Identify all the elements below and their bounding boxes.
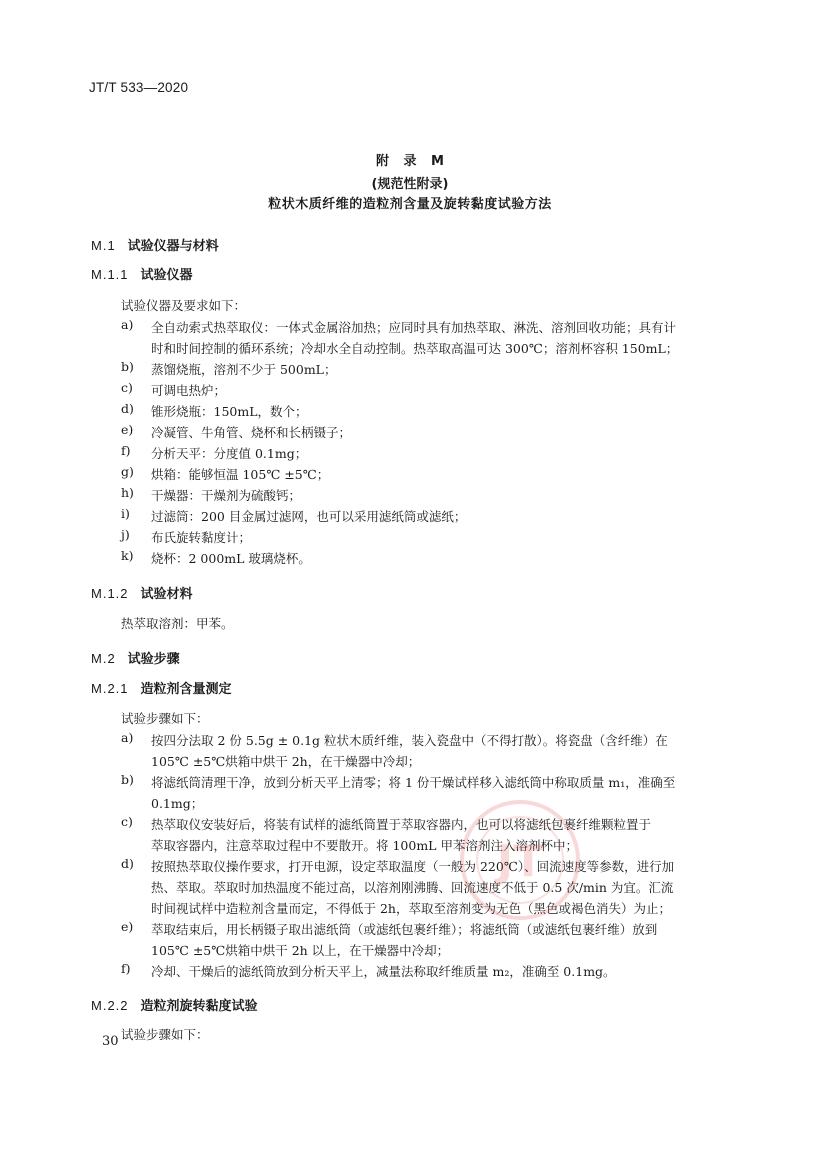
- list-text: 热萃取仪安装好后，将装有试样的滤纸筒置于萃取容器内，也可以将滤纸包裹纤维颗粒置于: [151, 814, 741, 835]
- section-title: 试验步骤: [128, 652, 180, 667]
- list-text: 冷却、干燥后的滤纸筒放到分析天平上，减量法称取纤维质量 m₂，准确至 0.1mg…: [151, 961, 741, 982]
- appendix-type: (规范性附录): [0, 173, 820, 192]
- list-text: 过滤筒：200 目金属过滤网，也可以采用滤纸筒或滤纸；: [151, 506, 741, 527]
- section-heading-m22: M.2.2造粒剂旋转黏度试验: [91, 995, 258, 1014]
- list-text: 105℃ ±5℃烘箱中烘干 2h 以上，在干燥器中冷却；: [151, 940, 741, 961]
- list-marker: d): [121, 401, 149, 416]
- section-heading-m2: M.2试验步骤: [91, 648, 180, 667]
- section-title: 试验仪器: [141, 268, 193, 283]
- list-text: 烘箱：能够恒温 105℃ ±5℃；: [151, 464, 741, 485]
- list-marker: g): [121, 464, 149, 479]
- list-text: 蒸馏烧瓶，溶剂不少于 500mL；: [151, 359, 741, 380]
- list-text: 时和时间控制的循环系统；冷却水全自动控制。热萃取高温可达 300℃；溶剂杯容积 …: [151, 338, 741, 359]
- list-marker: k): [121, 548, 149, 563]
- appendix-title: 附 录 M: [0, 150, 820, 169]
- section-number: M.2.2: [91, 998, 129, 1013]
- standard-code: JT/T 533—2020: [89, 80, 188, 95]
- section-number: M.1: [91, 238, 116, 253]
- list-text: 萃取结束后，用长柄镊子取出滤纸筒（或滤纸包裹纤维）；将滤纸筒（或滤纸包裹纤维）放…: [151, 919, 741, 940]
- list-marker: f): [121, 961, 149, 976]
- list-marker: b): [121, 359, 149, 374]
- document-page: JT/T 533—2020 附 录 M (规范性附录) 粒状木质纤维的造粒剂含量…: [0, 0, 820, 1158]
- body-text: 热萃取溶剂：甲苯。: [121, 614, 234, 632]
- section-heading-m11: M.1.1试验仪器: [91, 264, 193, 283]
- list-text: 按照热萃取仪操作要求，打开电源，设定萃取温度（一般为 220℃）、回流速度等参数…: [151, 856, 741, 877]
- section-heading-m21: M.2.1造粒剂含量测定: [91, 678, 232, 697]
- list-marker: c): [121, 380, 149, 395]
- list-text: 萃取容器内，注意萃取过程中不要散开。将 100mL 甲苯溶剂注入溶剂杯中；: [151, 835, 741, 856]
- list-text: 时间视试样中造粒剂含量而定，不得低于 2h，萃取至溶剂变为无色（黑色或褐色消失）…: [151, 898, 741, 919]
- section-title: 造粒剂含量测定: [141, 682, 232, 697]
- list-marker: b): [121, 772, 149, 787]
- list-text: 锥形烧瓶：150mL，数个；: [151, 401, 741, 422]
- list-marker: d): [121, 856, 149, 871]
- list-text: 全自动索式热萃取仪：一体式金属浴加热；应同时具有加热萃取、淋洗、溶剂回收功能；具…: [151, 317, 741, 338]
- page-number: 30: [102, 1034, 119, 1049]
- section-title: 试验仪器与材料: [128, 239, 219, 254]
- list-marker: j): [121, 527, 149, 542]
- list-text: 0.1mg；: [151, 793, 741, 814]
- list-text: 按四分法取 2 份 5.5g ± 0.1g 粒状木质纤维，装入瓷盘中（不得打散）…: [151, 730, 741, 751]
- section-number: M.1.1: [91, 267, 129, 282]
- list-text: 可调电热炉；: [151, 380, 741, 401]
- list-marker: i): [121, 506, 149, 521]
- appendix-name: 粒状木质纤维的造粒剂含量及旋转黏度试验方法: [0, 193, 820, 212]
- list-text: 干燥器：干燥剂为硫酸钙；: [151, 485, 741, 506]
- list-marker: h): [121, 485, 149, 500]
- list-marker: f): [121, 443, 149, 458]
- intro-text: 试验仪器及要求如下：: [121, 296, 246, 314]
- section-title: 造粒剂旋转黏度试验: [141, 999, 258, 1014]
- list-marker: a): [121, 317, 149, 332]
- list-text: 将滤纸筒清理干净，放到分析天平上清零；将 1 份干燥试样移入滤纸筒中称取质量 m…: [151, 772, 741, 793]
- list-text: 105℃ ±5℃烘箱中烘干 2h，在干燥器中冷却；: [151, 751, 741, 772]
- list-marker: c): [121, 814, 149, 829]
- section-number: M.2: [91, 651, 116, 666]
- section-heading-m12: M.1.2试验材料: [91, 583, 193, 602]
- section-title: 试验材料: [141, 587, 193, 602]
- list-text: 冷凝管、牛角管、烧杯和长柄镊子；: [151, 422, 741, 443]
- list-text: 分析天平：分度值 0.1mg；: [151, 443, 741, 464]
- list-marker: a): [121, 730, 149, 745]
- section-number: M.2.1: [91, 681, 129, 696]
- intro-text: 试验步骤如下：: [121, 1025, 209, 1043]
- section-number: M.1.2: [91, 586, 129, 601]
- list-marker: e): [121, 919, 149, 934]
- list-marker: e): [121, 422, 149, 437]
- section-heading-m1: M.1试验仪器与材料: [91, 235, 219, 254]
- list-text: 烧杯：2 000mL 玻璃烧杯。: [151, 548, 741, 569]
- intro-text: 试验步骤如下：: [121, 709, 209, 727]
- list-text: 布氏旋转黏度计；: [151, 527, 741, 548]
- list-text: 热、萃取。萃取时加热温度不能过高，以溶剂刚沸腾、回流速度不低于 0.5 次/mi…: [151, 877, 741, 898]
